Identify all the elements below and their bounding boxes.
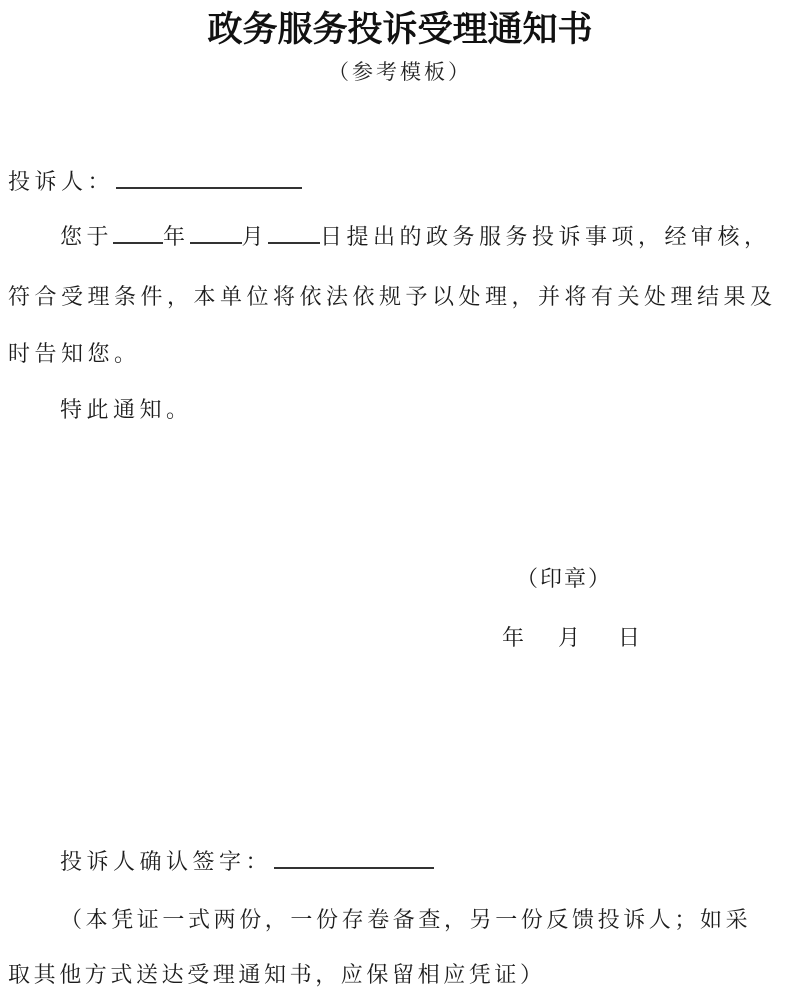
year-label: 年	[163, 225, 190, 250]
day-blank-field[interactable]	[268, 241, 320, 244]
signature-line: 投诉人确认签字：	[60, 845, 436, 876]
signature-label: 投诉人确认签字：	[60, 850, 272, 875]
month-blank-field[interactable]	[190, 241, 242, 244]
document-subtitle: （参考模板）	[0, 56, 800, 86]
note-line-1: （本凭证一式两份，一份存卷备查，另一份反馈投诉人；如采	[60, 903, 751, 934]
paragraph-line-3: 时告知您。	[8, 337, 141, 368]
date-day-label: 日	[618, 621, 640, 652]
paragraph-line-1: 您于年月日提出的政务服务投诉事项，经审核，	[60, 220, 771, 251]
year-blank-field[interactable]	[113, 241, 163, 244]
complainant-line: 投诉人：	[8, 165, 304, 196]
date-month-label: 月	[558, 621, 580, 652]
closing-text: 特此通知。	[60, 393, 193, 424]
signature-blank-field[interactable]	[274, 866, 434, 869]
date-line: 年月日	[502, 621, 640, 652]
document-title: 政务服务投诉受理通知书	[0, 2, 800, 52]
seal-label: （印章）	[516, 562, 612, 593]
paragraph-day-suffix: 日提出的政务服务投诉事项，经审核，	[320, 225, 771, 250]
complainant-label: 投诉人：	[8, 170, 114, 195]
note-line-2: 取其他方式送达受理通知书，应保留相应凭证）	[8, 958, 546, 989]
paragraph-prefix: 您于	[60, 225, 113, 250]
month-label: 月	[242, 225, 269, 250]
complainant-blank-field[interactable]	[116, 186, 302, 189]
paragraph-line-2: 符合受理条件，本单位将依法依规予以处理，并将有关处理结果及	[8, 280, 777, 311]
date-year-label: 年	[502, 621, 524, 652]
